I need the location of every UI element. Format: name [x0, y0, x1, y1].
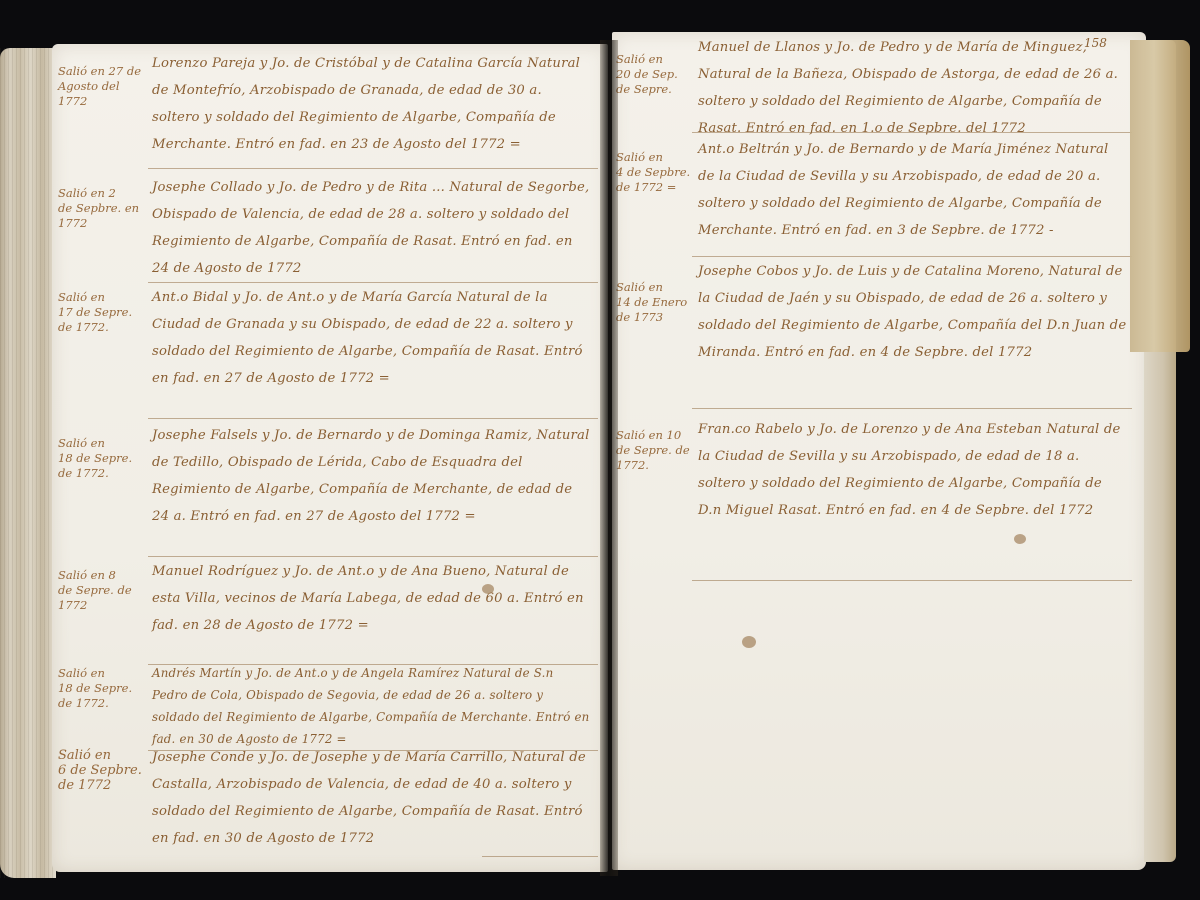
open-manuscript-book: Salió en 27 de Agosto del 1772 Lorenzo P…: [0, 0, 1200, 900]
entry-divider: [148, 556, 598, 557]
margin-note: Salió en 20 de Sep. de Sepre.: [616, 52, 696, 97]
register-entry: Josephe Falsels y Jo. de Bernardo y de D…: [152, 422, 592, 530]
margin-note: Salió en 10 de Sepre. de 1772.: [616, 428, 696, 473]
register-entry: Manuel de Llanos y Jo. de Pedro y de Mar…: [698, 34, 1128, 142]
entry-divider: [692, 256, 1132, 257]
register-entry: Ant.o Bidal y Jo. de Ant.o y de María Ga…: [152, 284, 592, 392]
ink-stain: [1014, 534, 1026, 544]
margin-note: Salió en 14 de Enero de 1773: [616, 280, 696, 325]
margin-note: Salió en 18 de Sepre. de 1772.: [58, 666, 148, 711]
entry-divider: [148, 168, 598, 169]
register-entry: Manuel Rodríguez y Jo. de Ant.o y de Ana…: [152, 558, 592, 639]
entry-divider: [148, 418, 598, 419]
ink-stain: [742, 636, 756, 648]
margin-note: Salió en 6 de Sepbre. de 1772: [58, 748, 148, 793]
margin-note: Salió en 4 de Sepbre. de 1772 =: [616, 150, 696, 195]
register-entry: Lorenzo Pareja y Jo. de Cristóbal y de C…: [152, 50, 592, 158]
entry-divider: [692, 132, 1132, 133]
left-page-block-edge: [0, 48, 56, 878]
register-entry: Ant.o Beltrán y Jo. de Bernardo y de Mar…: [698, 136, 1128, 244]
margin-note: Salió en 17 de Sepre. de 1772.: [58, 290, 148, 335]
register-entry: Fran.co Rabelo y Jo. de Lorenzo y de Ana…: [698, 416, 1128, 524]
entry-divider: [482, 856, 598, 857]
register-entry: Josephe Cobos y Jo. de Luis y de Catalin…: [698, 258, 1128, 366]
entry-divider: [692, 580, 1132, 581]
margin-note: Salió en 8 de Sepre. de 1772: [58, 568, 148, 613]
register-entry: Josephe Conde y Jo. de Josephe y de Marí…: [152, 744, 592, 852]
margin-note: Salió en 27 de Agosto del 1772: [58, 64, 148, 109]
entry-divider: [148, 282, 598, 283]
left-page: Salió en 27 de Agosto del 1772 Lorenzo P…: [52, 44, 608, 872]
right-page: 158 Salió en 20 de Sep. de Sepre. Manuel…: [612, 32, 1146, 870]
binding-flap: [1130, 40, 1190, 352]
register-entry: Andrés Martín y Jo. de Ant.o y de Angela…: [152, 662, 592, 750]
ink-stain: [482, 584, 494, 594]
entry-divider: [692, 408, 1132, 409]
book-gutter: [600, 40, 618, 876]
margin-note: Salió en 18 de Sepre. de 1772.: [58, 436, 148, 481]
register-entry: Josephe Collado y Jo. de Pedro y de Rita…: [152, 174, 592, 282]
margin-note: Salió en 2 de Sepbre. en 1772: [58, 186, 148, 231]
